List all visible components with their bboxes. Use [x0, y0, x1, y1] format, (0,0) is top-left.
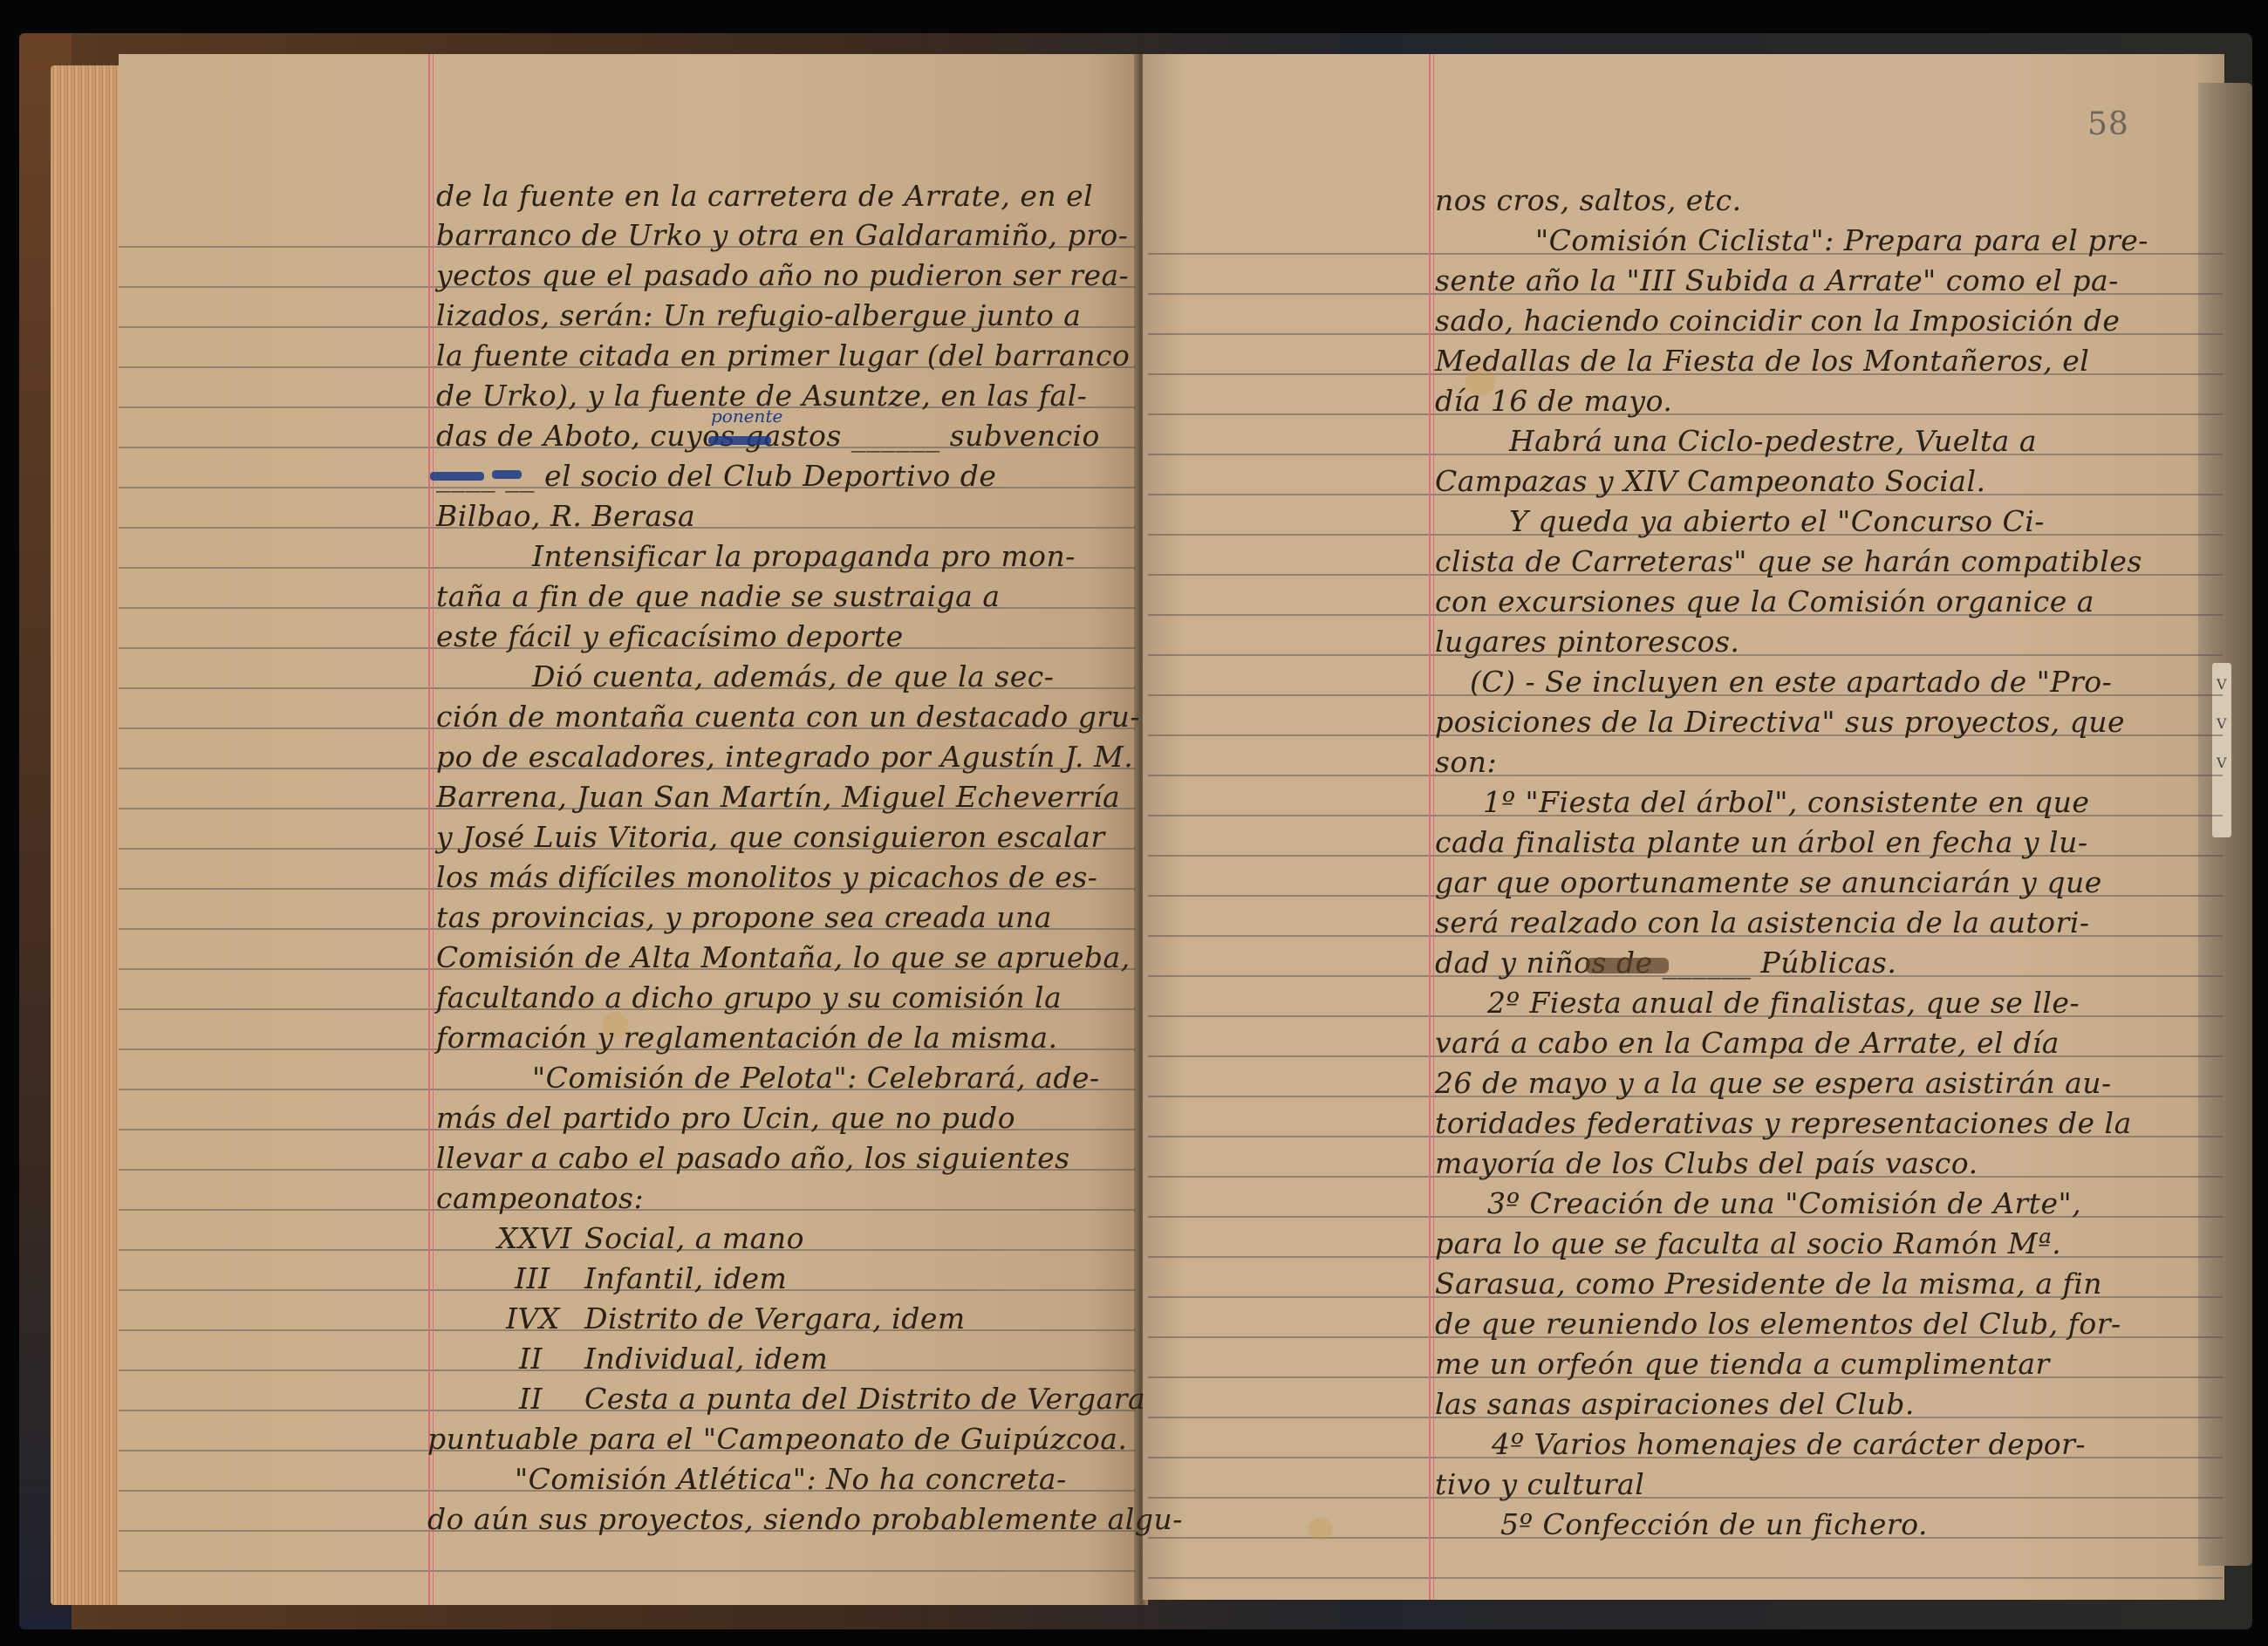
page-edges	[51, 65, 120, 1605]
text-line: puntuable para el "Campeonato de Guipúzc…	[427, 1422, 1127, 1456]
text-line: 3º Creación de una "Comisión de Arte",	[1487, 1186, 2081, 1220]
text-line: formación y reglamentación de la misma.	[436, 1021, 1058, 1055]
text-line: "Comisión Ciclista": Prepara para el pre…	[1535, 223, 2148, 257]
text-line: toridades federativas y representaciones…	[1435, 1106, 2132, 1140]
tab-letter: V	[2217, 715, 2227, 732]
text-line: los más difíciles monolitos y picachos d…	[436, 860, 1097, 894]
championship-text: Infantil, idem	[584, 1261, 787, 1295]
text-line: 5º Confección de un fichero.	[1500, 1507, 1928, 1541]
text-line: nos cros, saltos, etc.	[1435, 183, 1742, 217]
ruled-line	[1148, 1497, 2223, 1499]
blue-strikethrough	[708, 436, 771, 445]
text-line: será realzado con la asistencia de la au…	[1435, 905, 2090, 939]
text-line: llevar a cabo el pasado año, los siguien…	[436, 1141, 1070, 1175]
text-line: Dió cuenta, además, de que la sec-	[532, 659, 1054, 693]
text-line: Medallas de la Fiesta de los Montañeros,…	[1435, 344, 2089, 378]
tab-letter: V	[2217, 676, 2227, 693]
text-line: de que reuniendo los elementos del Club,…	[1435, 1307, 2121, 1341]
ruled-line	[1148, 413, 2223, 415]
text-line: Habrá una Ciclo-pedestre, Vuelta a	[1509, 424, 2037, 458]
text-line: yectos que el pasado año no pudieron ser…	[436, 258, 1129, 292]
text-line: día 16 de mayo.	[1435, 384, 1672, 418]
text-line: mayoría de los Clubs del país vasco.	[1435, 1146, 1978, 1180]
text-line: campeonatos:	[436, 1181, 644, 1215]
championship-text: Distrito de Vergara, idem	[584, 1301, 966, 1335]
text-line: y José Luis Vitoria, que consiguieron es…	[436, 820, 1105, 854]
text-line: ción de montaña cuenta con un destacado …	[436, 700, 1140, 734]
blue-strikethrough	[492, 470, 522, 479]
championship-number: IVX	[506, 1301, 560, 1335]
text-line: de la fuente en la carretera de Arrate, …	[436, 179, 1093, 213]
left-margin-line	[428, 54, 430, 1605]
text-line: 1º "Fiesta del árbol", consistente en qu…	[1483, 785, 2089, 819]
text-line: Intensificar la propaganda pro mon-	[532, 539, 1076, 573]
text-line: Comisión de Alta Montaña, lo que se apru…	[436, 940, 1131, 974]
text-line: "Comisión Atlética": No ha concreta-	[515, 1462, 1067, 1496]
text-line: "Comisión de Pelota": Celebrará, ade-	[532, 1061, 1100, 1095]
text-line: Barrena, Juan San Martín, Miguel Echever…	[436, 780, 1120, 814]
text-line: facultando a dicho grupo y su comisión l…	[436, 980, 1062, 1014]
ink-strikethrough	[1586, 958, 1669, 973]
championship-number: III	[515, 1261, 550, 1295]
championship-text: Social, a mano	[584, 1221, 804, 1255]
text-line: barranco de Urko y otra en Galdaramiño, …	[436, 218, 1128, 252]
ruled-line	[1148, 775, 2223, 776]
text-line: po de escaladores, integrado por Agustín…	[436, 740, 1133, 774]
championship-text: Cesta a punta del Distrito de Vergara	[584, 1382, 1145, 1416]
text-line: vará a cabo en la Campa de Arrate, el dí…	[1435, 1026, 2060, 1060]
championship-text: Individual, idem	[584, 1342, 828, 1376]
right-margin-line	[1429, 54, 1431, 1600]
blue-correction-note: ponente	[711, 406, 782, 427]
text-line: 4º Varios homenajes de carácter depor-	[1492, 1427, 2086, 1461]
text-line: este fácil y eficacísimo deporte	[436, 619, 904, 653]
text-line: tas provincias, y propone sea creada una	[436, 900, 1052, 934]
text-line: Sarasua, como Presidente de la misma, a …	[1435, 1267, 2102, 1301]
text-line: 2º Fiesta anual de finalistas, que se ll…	[1487, 986, 2080, 1020]
page-number: 58	[2087, 106, 2129, 142]
text-line: con excursiones que la Comisión organice…	[1435, 584, 2094, 618]
text-line: para lo que se faculta al socio Ramón Mª…	[1435, 1226, 2061, 1260]
text-line: gar que oportunamente se anunciarán y qu…	[1435, 865, 2102, 899]
text-line: sente año la "III Subida a Arrate" como …	[1435, 263, 2119, 297]
text-line: Y queda ya abierto el "Concurso Ci-	[1509, 504, 2045, 538]
text-line: clista de Carreteras" que se harán compa…	[1435, 544, 2142, 578]
blue-strikethrough	[430, 472, 484, 481]
text-line: Bilbao, R. Berasa	[436, 499, 695, 533]
paper-stain	[1308, 1518, 1333, 1540]
text-line: 26 de mayo y a la que se espera asistirá…	[1435, 1066, 2112, 1100]
text-line: posiciones de la Directiva" sus proyecto…	[1435, 705, 2125, 739]
text-line: do aún sus proyectos, siendo probablemen…	[427, 1502, 1183, 1536]
text-line: tivo y cultural	[1435, 1467, 1644, 1501]
text-line: la fuente citada en primer lugar (del ba…	[436, 338, 1130, 372]
championship-number: XXVI	[497, 1221, 572, 1255]
text-line: son:	[1435, 745, 1497, 779]
ruled-line	[119, 1570, 1136, 1572]
ruled-line	[1148, 1577, 2223, 1579]
tab-letter: V	[2217, 755, 2227, 771]
text-line: Campazas y XIV Campeonato Social.	[1435, 464, 1986, 498]
text-line: lizados, serán: Un refugio-albergue junt…	[436, 298, 1081, 332]
text-line: taña a fin de que nadie se sustraiga a	[436, 579, 1001, 613]
championship-number: II	[519, 1382, 543, 1416]
text-line: me un orfeón que tienda a cumplimentar	[1435, 1347, 2050, 1381]
text-line: sado, haciendo coincidir con la Imposici…	[1435, 304, 2120, 338]
text-line: más del partido pro Ucin, que no pudo	[436, 1101, 1015, 1135]
right-margin-line-inner	[1433, 54, 1434, 1600]
text-line: cada finalista plante un árbol en fecha …	[1435, 825, 2087, 859]
text-line: las sanas aspiraciones del Club.	[1435, 1387, 1915, 1421]
text-line: lugares pintorescos.	[1435, 625, 1739, 659]
text-line: (C) - Se incluyen en este apartado de "P…	[1470, 665, 2112, 699]
championship-number: II	[519, 1342, 543, 1376]
left-margin-line-inner	[433, 54, 434, 1605]
